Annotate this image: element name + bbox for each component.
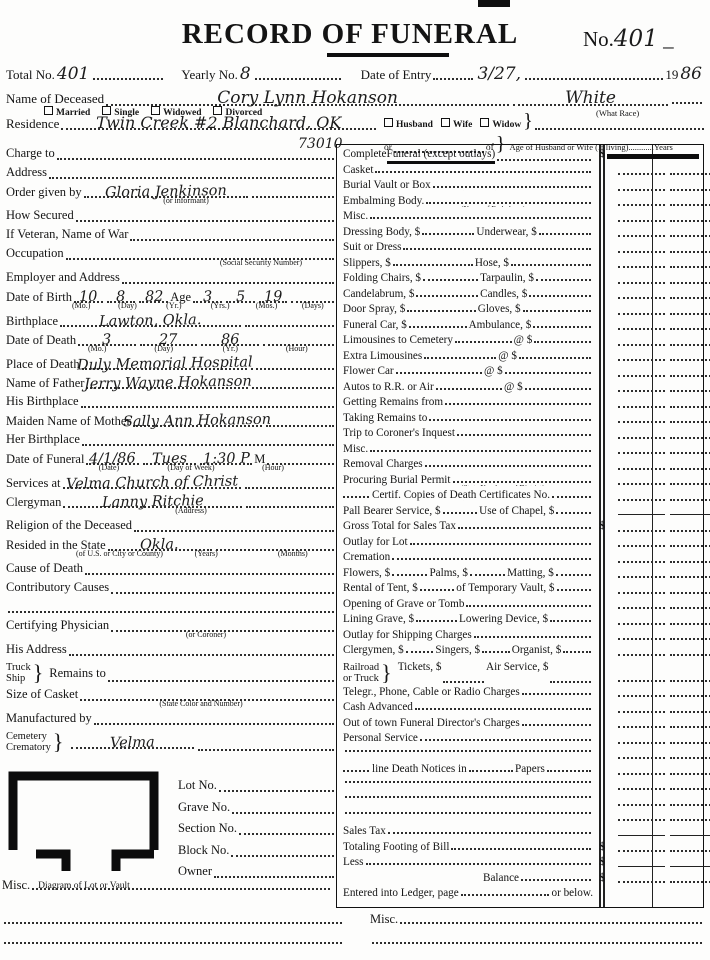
handwritten-slot: 10 — [74, 289, 103, 303]
charge-label: Door Spray, $ — [343, 303, 405, 315]
form-row-line: His Address — [6, 642, 336, 659]
charge-label-zone: (Names of Newspapers) — [343, 779, 593, 786]
field-label: Maiden Name of Mother — [6, 414, 131, 429]
money-cell-cents — [670, 404, 710, 408]
field-label: Occupation — [6, 246, 64, 261]
dotted-leader — [423, 277, 478, 281]
dotted-leader — [505, 370, 591, 374]
charge-label-zone: Out of town Funeral Director's Charges — [343, 717, 593, 729]
dotted-leader — [49, 175, 334, 179]
charge-label-zone: Balance — [343, 872, 593, 884]
money-cells — [605, 794, 710, 810]
charge-row: Suit or Dress(State Kind and Color) — [337, 241, 703, 257]
sub-label: (Day) — [104, 302, 150, 310]
checkbox-icon — [384, 118, 393, 127]
misc-right-label: Misc. — [370, 912, 398, 927]
charge-label: Clergymen, $ — [343, 644, 404, 656]
dotted-leader — [345, 794, 591, 798]
money-cell-cents — [670, 817, 710, 821]
money-cell-dollars — [618, 740, 665, 744]
form-row-religion: Religion of the Deceased — [6, 518, 336, 537]
charge-row: Trip to Coroner's Inquest — [337, 427, 703, 443]
dotted-leader — [525, 386, 591, 390]
charges-itemized-box: Complete Funeral (except outlays)$Casket… — [336, 144, 704, 908]
handwritten-value: Velma Church of Christ — [66, 473, 238, 492]
brace-label: CemeteryCrematory} — [6, 729, 65, 755]
money-cell-dollars — [618, 218, 665, 222]
form-row-certifying_physician: Certifying Physician(or Coroner) — [6, 618, 336, 642]
money-cell-cents — [670, 512, 710, 515]
money-cell-dollars — [618, 249, 665, 253]
money-cell-cents — [670, 652, 710, 656]
brace-icon: } — [53, 729, 64, 755]
form-row-line: BirthplaceLawton, Okla. — [6, 313, 336, 330]
handwritten-value: 10 — [79, 289, 98, 305]
charge-row: Removal Charges — [337, 458, 703, 474]
money-cells — [605, 505, 710, 521]
charge-label-zone: Sales Tax — [343, 825, 593, 837]
spouse-option: Husband — [384, 118, 433, 130]
dotted-leader — [521, 877, 591, 881]
handwritten-value: 19 — [264, 289, 283, 305]
misc-left-label: Misc. — [2, 878, 30, 893]
charge-label-zone: Door Spray, $Gloves, $ — [343, 303, 593, 315]
money-cell-dollars — [618, 559, 665, 563]
charge-label: Underwear, $ — [476, 226, 536, 238]
money-cells — [605, 598, 710, 614]
form-row-remains_to: TruckShip}Remains to — [6, 661, 336, 687]
money-cell-dollars — [618, 404, 665, 408]
field-label: Manufactured by — [6, 711, 92, 726]
money-cells — [605, 567, 710, 583]
dotted-leader — [94, 721, 334, 725]
name-of-deceased-value: Cory Lynn Hokanson — [217, 88, 398, 108]
money-cell-cents — [670, 373, 710, 377]
money-cells — [605, 872, 710, 888]
dotted-leader — [232, 810, 334, 814]
money-cell-dollars — [618, 233, 665, 237]
money-cells — [605, 226, 710, 242]
money-cell-cents — [670, 388, 710, 392]
money-cells — [605, 825, 710, 841]
form-row-blank1 — [6, 599, 336, 618]
charge-label-zone: Removal Charges — [343, 458, 593, 470]
handwritten-value: Velma — [110, 735, 155, 752]
handwritten-slot: 82 — [139, 289, 168, 303]
dotted-leader — [245, 323, 334, 327]
form-row-line: His Birthplace — [6, 394, 336, 411]
charge-row: Out of town Funeral Director's Charges — [337, 717, 703, 733]
brace-icon: } — [33, 660, 44, 686]
charge-label: Papers — [515, 763, 545, 775]
money-cell-cents — [670, 528, 710, 532]
yearly-no-value: 8 — [240, 64, 251, 84]
yearly-no-label: Yearly No. — [181, 67, 237, 83]
form-row-date_of_funeral: Date of Funeral4/1/86Tues1:30 PM(Date)(D… — [6, 451, 336, 475]
dotted-leader — [466, 603, 591, 607]
charge-row: Opening of Grave or Tomb — [337, 598, 703, 614]
charge-label-zone: Embalming Body.(Name of Embalmer) — [343, 195, 593, 207]
money-cell-dollars — [618, 755, 665, 759]
money-cell-cents — [670, 740, 710, 744]
money-cell-dollars — [618, 771, 665, 775]
charge-sublabel: (State Kind and Color) — [461, 251, 530, 254]
field-label: Name of Father — [6, 376, 84, 391]
charge-row: Procuring Burial Permit(State Number and… — [337, 474, 703, 490]
money-cells — [605, 257, 710, 273]
form-row-line: Charge to — [6, 146, 336, 163]
charge-row: Clergymen, $Singers, $Organist, $ — [337, 644, 703, 660]
money-cell-cents — [670, 786, 710, 790]
dotted-leader — [416, 293, 478, 297]
dotted-leader — [370, 448, 591, 452]
dotted-leader — [482, 649, 510, 653]
field-label: Religion of the Deceased — [6, 518, 132, 533]
charge-label: Singers, $ — [435, 644, 480, 656]
lot-field-row: Section No. — [178, 821, 336, 843]
field-label: Charge to — [6, 146, 55, 161]
form-row-line: CemeteryCrematory}Velma — [6, 730, 336, 754]
charge-label-zone: Casket — [343, 164, 593, 176]
field-label: If Veteran, Name of War — [6, 227, 128, 242]
money-cell-cents — [670, 724, 710, 728]
charge-row — [337, 810, 703, 826]
charge-label: Telegr., Phone, Cable or Radio Charges — [343, 686, 520, 698]
race-value: White — [565, 88, 616, 108]
money-cell-dollars — [618, 187, 665, 191]
dotted-leader — [266, 423, 334, 427]
charge-label-zone: Rental of Tent, $of Temporary Vault, $ — [343, 582, 593, 594]
dotted-leader — [8, 609, 334, 613]
money-cells — [605, 779, 710, 795]
form-row-dod: Date of Death32786(Mo.)(Day)(Yr.)(Hour) — [6, 332, 336, 356]
leading-dots — [343, 494, 369, 498]
residence-label: Residence — [6, 116, 59, 132]
charge-label: Misc. — [343, 210, 368, 222]
money-cell-cents — [670, 848, 710, 852]
brace-line: Crematory — [6, 742, 51, 753]
money-cell-cents — [670, 342, 710, 346]
charge-label: Matting, $ — [507, 567, 554, 579]
money-cell-cents — [670, 709, 710, 713]
dollar-sign: $ — [593, 872, 605, 884]
charge-row: Dressing Body, $Underwear, $ — [337, 226, 703, 242]
total-no-value: 401 — [57, 64, 89, 84]
charge-label: Opening of Grave or Tomb — [343, 598, 464, 610]
form-row-line: Address — [6, 165, 336, 182]
charge-row: Gross Total for Sales Tax$ — [337, 520, 703, 536]
form-row-father: Name of FatherJerry Wayne Hokanson — [6, 375, 336, 394]
charge-label: Gloves, $ — [478, 303, 521, 315]
charge-row: Rental of Tent, $of Temporary Vault, $ — [337, 582, 703, 598]
dotted-leader — [461, 892, 550, 896]
money-cell-dollars — [618, 817, 665, 821]
dotted-leader — [57, 156, 334, 160]
charge-label-zone: Clergymen, $Singers, $Organist, $ — [343, 644, 593, 656]
money-cells — [605, 629, 710, 645]
money-cell-cents — [670, 264, 710, 268]
charge-label-zone: Less — [343, 856, 593, 868]
charge-label: Cash Advanced — [343, 701, 413, 713]
charge-label: Lining Grave, $ — [343, 613, 414, 625]
money-cells — [605, 644, 710, 660]
money-cell-dollars — [618, 419, 665, 423]
charge-row — [337, 748, 703, 764]
money-cells — [605, 582, 710, 598]
charge-label: Embalming Body. — [343, 195, 424, 207]
money-cell-dollars — [618, 357, 665, 361]
form-row-line: How Secured — [6, 208, 336, 225]
lot-fields: Lot No.Grave No.Section No.Block No.Owne… — [178, 770, 336, 891]
money-cell-dollars — [618, 481, 665, 485]
money-cell-cents — [670, 543, 710, 547]
money-cell-dollars — [618, 497, 665, 501]
money-cell-cents — [670, 678, 710, 682]
charge-sublabel: (State Physician's or Coroner's) — [461, 499, 555, 502]
dotted-leader — [219, 788, 334, 792]
charge-label-zone: Flowers, $Palms, $Matting, $ — [343, 567, 593, 579]
money-cells — [605, 164, 710, 180]
dotted-leader — [453, 479, 591, 483]
charge-label-zone: Complete Funeral (except outlays) — [343, 148, 593, 164]
money-cell-cents — [670, 357, 710, 361]
money-cell-cents — [670, 218, 710, 222]
dotted-leader — [556, 572, 591, 576]
form-row-mother: Maiden Name of MotherSally Ann Hokanson — [6, 413, 336, 432]
left-fields-column: Charge toAddressOrder given byGloria Jen… — [6, 146, 336, 756]
charge-label-zone — [343, 748, 593, 755]
form-row-line: Contributory Causes — [6, 580, 336, 597]
year-prefix: 19 — [665, 67, 678, 83]
charge-row: Getting Remains from — [337, 396, 703, 412]
money-cell-dollars — [618, 435, 665, 439]
charge-row: Flower Car@ $ — [337, 365, 703, 381]
form-row-line: TruckShip}Remains to — [6, 661, 336, 685]
dotted-leader — [130, 237, 334, 241]
record-number-label: No. — [583, 27, 614, 51]
handwritten-slot: Velma Church of Christ — [63, 475, 242, 489]
field-label: How Secured — [6, 208, 74, 223]
money-cells — [605, 272, 710, 288]
charge-row: Sales Tax — [337, 825, 703, 841]
brace-line: Truck — [6, 662, 31, 673]
money-cell-cents — [670, 802, 710, 806]
money-cell-cents — [670, 559, 710, 563]
leading-dots — [343, 768, 369, 772]
dotted-leader — [533, 324, 591, 328]
charge-row: Taking Remains to — [337, 412, 703, 428]
charge-label: Complete — [343, 148, 387, 160]
form-row-services_at: Services atVelma Church of Christ — [6, 475, 336, 494]
charge-label: Extra Limousines — [343, 350, 422, 362]
charge-label: Funeral (except outlays) — [387, 148, 496, 164]
charge-label: @ $ — [498, 350, 517, 362]
charge-label: Candelabrum, $ — [343, 288, 414, 300]
charge-label: Dressing Body, $ — [343, 226, 420, 238]
dotted-leader — [393, 262, 473, 266]
charge-label: Procuring Burial Permit — [343, 474, 451, 486]
charge-label-zone — [343, 810, 593, 817]
money-cells — [605, 701, 710, 717]
dotted-leader — [406, 649, 434, 653]
money-cells — [605, 334, 710, 350]
field-label: Services at — [6, 476, 61, 491]
money-cells — [605, 303, 710, 319]
money-cell-dollars — [618, 636, 665, 640]
form-row-contributory: Contributory Causes — [6, 580, 336, 599]
field-label: Her Birthplace — [6, 432, 80, 447]
page-title: RECORD OF FUNERAL — [150, 18, 550, 51]
money-cell-cents — [670, 202, 710, 206]
form-row-her_birthplace: Her Birthplace — [6, 432, 336, 451]
charge-label: Taking Remains to — [343, 412, 427, 424]
form-row-cemetery: CemeteryCrematory}Velma — [6, 730, 336, 756]
handwritten-slot: Jerry Wayne Hokanson — [86, 375, 248, 389]
handwritten-value: 8 — [116, 289, 126, 305]
charge-label-zone: Opening of Grave or Tomb — [343, 598, 593, 610]
bottom-dotted-line — [2, 940, 704, 947]
charge-row: Cash Advanced — [337, 701, 703, 717]
field-label: Cause of Death — [6, 561, 83, 576]
dotted-leader — [534, 339, 591, 343]
money-cell-cents — [670, 497, 710, 501]
dotted-leader — [426, 200, 591, 204]
dotted-leader — [497, 157, 591, 161]
charge-label: Autos to R.R. or Air — [343, 381, 434, 393]
charge-label-zone: Certif. Copies of Death Certificates No.… — [343, 489, 593, 501]
money-cells — [605, 288, 710, 304]
money-cells — [605, 210, 710, 226]
charge-row: Complete Funeral (except outlays)$ — [337, 148, 703, 164]
handwritten-slot: Sally Ann Hokanson — [133, 413, 262, 427]
field-label: Employer and Address — [6, 270, 120, 285]
charge-label-zone: Lining Grave, $Lowering Device, $ — [343, 613, 593, 625]
money-cell-cents — [670, 419, 710, 423]
dotted-leader — [436, 386, 502, 390]
charge-label: Candles, $ — [480, 288, 527, 300]
form-row-veteran: If Veteran, Name of War — [6, 227, 336, 246]
charge-label: Limousines to Cemetery — [343, 334, 453, 346]
money-cell-dollars — [618, 450, 665, 454]
dotted-leader — [557, 587, 591, 591]
charge-row: Burial Vault or Box(State Kind) — [337, 179, 703, 195]
name-of-deceased-label: Name of Deceased — [6, 91, 104, 107]
spouse-checkboxes: HusbandWifeWidow — [384, 118, 521, 130]
dotted-leader — [252, 194, 334, 198]
handwritten-value: 5 — [235, 289, 245, 305]
field-label: Place of Death — [6, 357, 80, 372]
dotted-leader — [416, 618, 457, 622]
record-number-value: 401 — [614, 26, 658, 52]
charge-label-zone: Pall Bearer Service, $Use of Chapel, $ — [343, 505, 593, 517]
charge-row: Misc. — [337, 210, 703, 226]
money-cells — [605, 148, 703, 164]
dotted-leader — [552, 494, 591, 498]
dotted-leader — [345, 810, 591, 814]
lot-diagram — [8, 770, 160, 874]
charge-row — [337, 794, 703, 810]
dotted-leader — [407, 308, 475, 312]
money-cell-cents — [670, 574, 710, 578]
dotted-leader — [252, 385, 334, 389]
charge-label: Air Service, $ — [486, 661, 548, 673]
charge-label: Entered into Ledger, page — [343, 887, 459, 899]
charge-label-zone: Limousines to Cemetery@ $ — [343, 334, 593, 346]
dotted-leader — [469, 768, 513, 772]
money-cells — [605, 489, 710, 505]
money-cells — [605, 241, 710, 257]
money-cells — [605, 551, 710, 567]
sub-label: (or Coroner) — [136, 631, 276, 639]
handwritten-slot: 27 — [140, 332, 197, 346]
charge-label-zone: Slippers, $Hose, $ — [343, 257, 593, 269]
handwritten-value: Sally Ann Hokanson — [123, 412, 271, 431]
money-cell-cents — [670, 171, 710, 175]
form-row-line: Cause of Death — [6, 561, 336, 578]
handwritten-value: Lanny Ritchie — [101, 493, 203, 511]
dotted-leader — [470, 572, 505, 576]
charge-label: @ $ — [484, 365, 503, 377]
money-cell-cents — [670, 590, 710, 594]
dotted-leader — [429, 417, 591, 421]
dotted-leader — [556, 510, 591, 514]
handwritten-slot: 86 — [201, 332, 258, 346]
form-row-his_birthplace: His Birthplace — [6, 394, 336, 413]
dotted-leader — [108, 678, 334, 682]
field-label: His Birthplace — [6, 394, 79, 409]
charge-row: Slippers, $Hose, $ — [337, 257, 703, 273]
charge-label-zone: Misc. — [343, 210, 593, 222]
dotted-leader — [550, 679, 591, 683]
charge-label: Burial Vault or Box — [343, 179, 431, 191]
form-row-occupation: Occupation(Social Security Number) — [6, 246, 336, 270]
dotted-leader — [433, 184, 591, 188]
charge-row: Totaling Footing of Bill$ — [337, 841, 703, 857]
charge-label: Funeral Car, $ — [343, 319, 407, 331]
form-row-clergyman: ClergymanLanny Ritchie(Address) — [6, 494, 336, 518]
charge-label: Flower Car — [343, 365, 394, 377]
dotted-leader — [522, 691, 591, 695]
charge-label-zone: Suit or Dress(State Kind and Color) — [343, 241, 593, 253]
form-row-line: Manufactured by — [6, 711, 336, 728]
money-cell-dollars — [618, 280, 665, 284]
dotted-leader — [375, 169, 591, 173]
form-row-line — [6, 599, 336, 616]
dotted-leader — [82, 442, 334, 446]
sub-label: (State Color and Number) — [116, 700, 286, 708]
money-cells — [605, 660, 710, 686]
handwritten-slot: Lawton, Okla. — [60, 313, 241, 327]
sub-label: (Mo.) — [64, 345, 131, 353]
sub-label: (Months) — [249, 550, 336, 558]
charge-label: Getting Remains from — [343, 396, 443, 408]
lot-field-line: Section No. — [178, 821, 336, 838]
spouse-label: Husband — [396, 120, 433, 130]
dotted-leader — [451, 846, 591, 850]
money-cells — [605, 841, 710, 857]
charge-label: Outlay for Shipping Charges — [343, 629, 472, 641]
money-cell-dollars — [618, 512, 665, 515]
charge-label: Removal Charges — [343, 458, 423, 470]
money-cell-dollars — [618, 264, 665, 268]
handwritten-value: 27 — [159, 332, 178, 348]
money-cell-dollars — [618, 326, 665, 330]
handwritten-slot: Velma — [71, 735, 193, 749]
form-row-his_address: His Address — [6, 642, 336, 661]
charge-row: Autos to R.R. or Air@ $ — [337, 381, 703, 397]
form-row-resided_state: Resided in the StateOkla.(of U.S. or Cit… — [6, 537, 336, 561]
lot-field-label: Block No. — [178, 843, 229, 858]
